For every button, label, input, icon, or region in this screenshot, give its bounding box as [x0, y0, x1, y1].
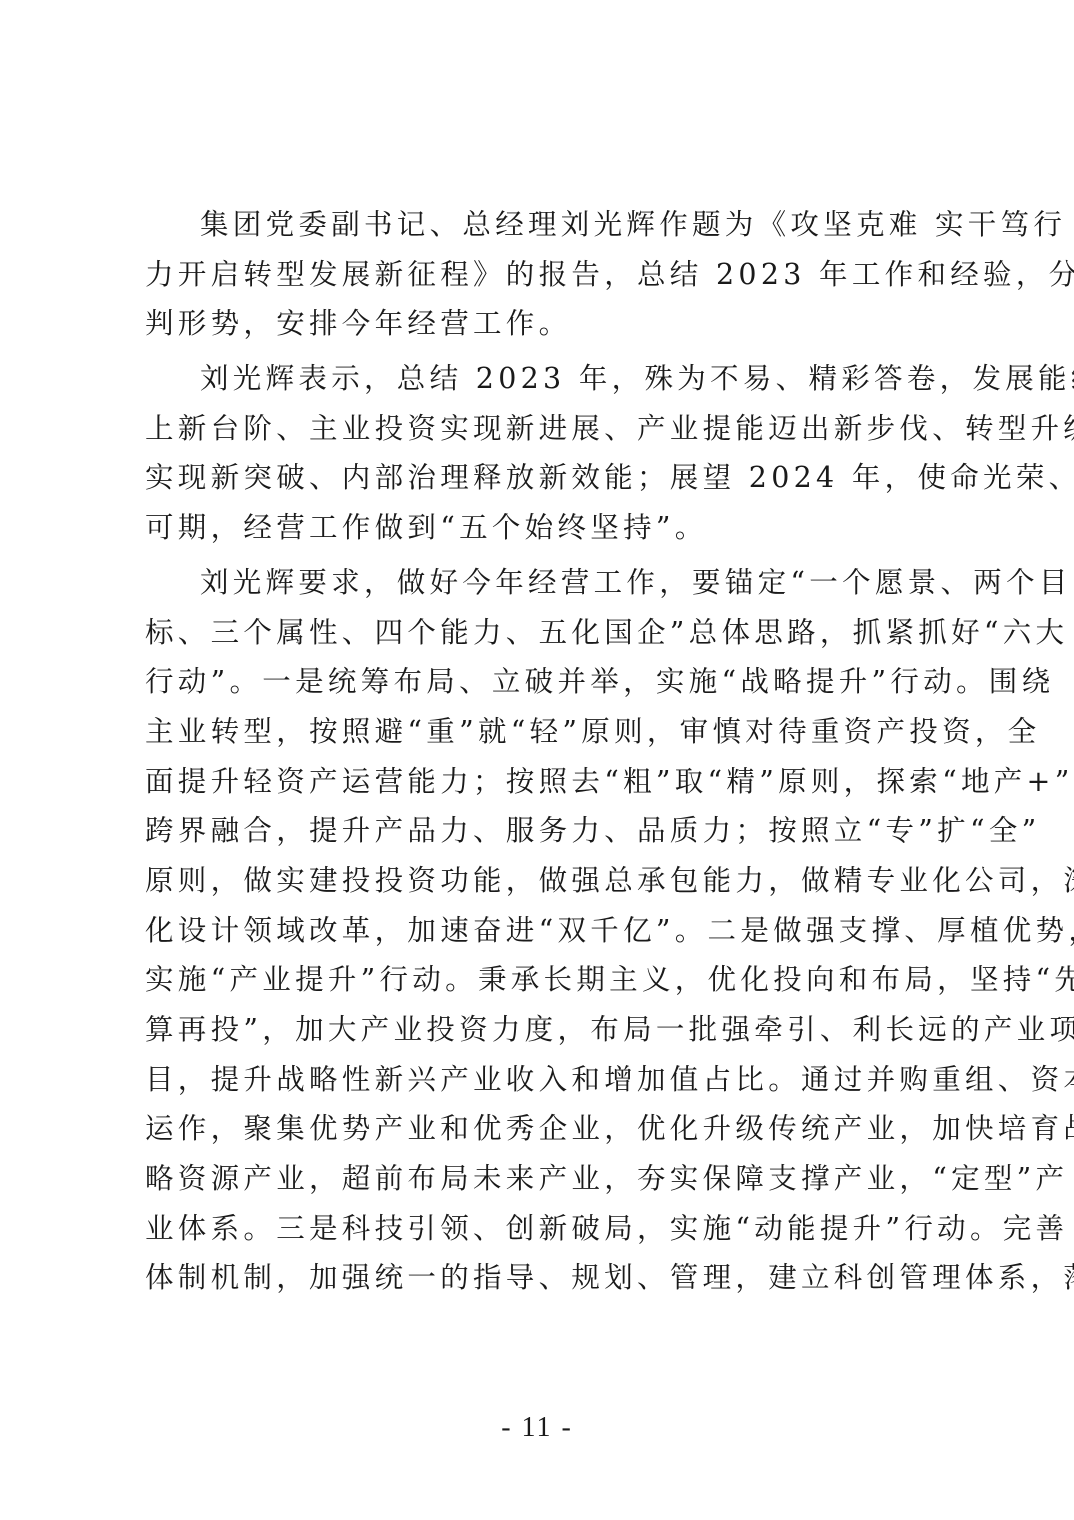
- text-line: 实施“产业提升”行动。秉承长期主义，优化投向和布局，坚持“先: [145, 955, 940, 1005]
- document-body: 集团党委副书记、总经理刘光辉作题为《攻坚克难 实干笃行 奋 力开启转型发展新征程…: [145, 200, 945, 1303]
- text-line: 算再投”，加大产业投资力度，布局一批强牵引、利长远的产业项: [145, 1005, 940, 1055]
- text-line: 略资源产业，超前布局未来产业，夯实保障支撑产业，“定型”产: [145, 1154, 940, 1204]
- page-number: - 11 -: [0, 1412, 1074, 1444]
- text-line: 可期，经营工作做到“五个始终坚持”。: [145, 503, 940, 553]
- text-line: 上新台阶、主业投资实现新进展、产业提能迈出新步伐、转型升级: [145, 404, 940, 454]
- text-line: 运作，聚集优势产业和优秀企业，优化升级传统产业，加快培育战: [145, 1104, 940, 1154]
- text-line: 集团党委副书记、总经理刘光辉作题为《攻坚克难 实干笃行 奋: [145, 200, 940, 250]
- text-line: 原则，做实建投投资功能，做强总承包能力，做精专业化公司，深: [145, 856, 940, 906]
- text-line: 体制机制，加强统一的指导、规划、管理，建立科创管理体系，落: [145, 1253, 940, 1303]
- text-line: 跨界融合，提升产品力、服务力、品质力；按照立“专”扩“全”: [145, 806, 940, 856]
- text-line: 主业转型，按照避“重”就“轻”原则，审慎对待重资产投资，全: [145, 707, 940, 757]
- text-line: 业体系。三是科技引领、创新破局，实施“动能提升”行动。完善: [145, 1204, 940, 1254]
- text-line: 化设计领域改革，加速奋进“双千亿”。二是做强支撑、厚植优势，: [145, 906, 940, 956]
- text-line: 判形势，安排今年经营工作。: [145, 299, 940, 349]
- document-page: 集团党委副书记、总经理刘光辉作题为《攻坚克难 实干笃行 奋 力开启转型发展新征程…: [0, 0, 1074, 1520]
- text-line: 面提升轻资产运营能力；按照去“粗”取“精”原则，探索“地产+”: [145, 757, 940, 807]
- paragraph-1: 集团党委副书记、总经理刘光辉作题为《攻坚克难 实干笃行 奋 力开启转型发展新征程…: [145, 200, 945, 349]
- text-line: 刘光辉要求，做好今年经营工作，要锚定“一个愿景、两个目: [145, 558, 940, 608]
- paragraph-2: 刘光辉表示，总结 2023 年，殊为不易、精彩答卷，发展能级跃 上新台阶、主业投…: [145, 354, 945, 553]
- paragraph-3: 刘光辉要求，做好今年经营工作，要锚定“一个愿景、两个目 标、三个属性、四个能力、…: [145, 558, 945, 1303]
- text-line: 力开启转型发展新征程》的报告，总结 2023 年工作和经验，分析研: [145, 250, 940, 300]
- text-line: 标、三个属性、四个能力、五化国企”总体思路，抓紧抓好“六大: [145, 608, 940, 658]
- text-line: 实现新突破、内部治理释放新效能；展望 2024 年，使命光荣、发展: [145, 453, 940, 503]
- text-line: 行动”。一是统筹布局、立破并举，实施“战略提升”行动。围绕: [145, 657, 940, 707]
- text-line: 目，提升战略性新兴产业收入和增加值占比。通过并购重组、资本: [145, 1055, 940, 1105]
- text-line: 刘光辉表示，总结 2023 年，殊为不易、精彩答卷，发展能级跃: [145, 354, 940, 404]
